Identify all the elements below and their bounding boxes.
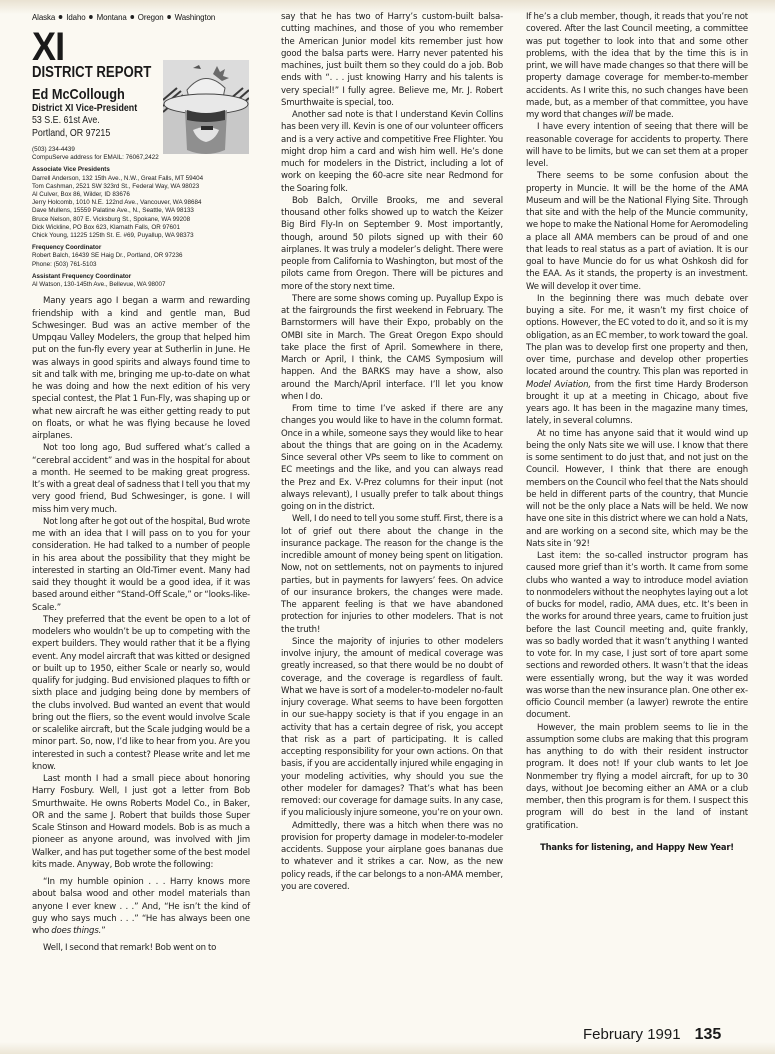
state-idaho: Idaho [66,12,85,22]
paragraph: Well, I second that remark! Bob went on … [32,942,250,954]
state-alaska: Alaska [32,12,55,22]
state-oregon: Oregon [138,12,164,22]
assistant-frequency-coordinator: Assistant Frequency Coordinator Al Watso… [32,273,250,289]
district-states: AlaskaIdahoMontanaOregonWashington [32,12,233,22]
frequency-coordinator: Frequency Coordinator Robert Balch, 1643… [32,244,250,269]
paragraph: Not too long ago, Bud suffered what’s ca… [32,442,250,516]
paragraph: Well, I do need to tell you some stuff. … [281,513,503,636]
page-number: 135 [695,1026,722,1043]
paragraph: Another sad note is that I understand Ke… [281,109,503,195]
page-footer: February 1991135 [583,1026,721,1044]
associate-entry: Dick Wickline, PO Box 623, Klamath Falls… [32,224,239,232]
associate-vps: Associate Vice Presidents Darrell Anders… [32,166,250,240]
associate-entry: Tom Cashman, 2521 SW 323rd St., Federal … [32,183,239,191]
paragraph: There seems to be some confusion about t… [526,170,748,293]
portrait-image [163,60,249,154]
bullet-icon [167,15,171,19]
paragraph: In the beginning there was much debate o… [526,293,748,428]
signoff: Thanks for listening, and Happy New Year… [526,842,748,852]
column-2: say that he has two of Harry’s custom-bu… [281,11,503,893]
associate-entry: Chick Young, 11225 125th St. E. #69, Puy… [32,232,239,240]
district-number: XI [32,30,228,64]
paragraph: Last item: the so-called instructor prog… [526,550,748,722]
paragraph: Many years ago I began a warm and reward… [32,295,250,442]
asst-freq-line: Al Watson, 130-145th Ave., Bellevue, WA … [32,281,239,289]
associate-entry: Al Culver, Box 86, Wilder, ID 83676 [32,191,239,199]
author-portrait-photo [163,60,249,154]
bullet-icon [130,15,134,19]
paragraph: I have every intention of seeing that th… [526,121,748,170]
article-column-2: say that he has two of Harry’s custom-bu… [281,11,503,893]
magazine-page: AlaskaIdahoMontanaOregonWashington XI DI… [0,0,775,1054]
paragraph: say that he has two of Harry’s custom-bu… [281,11,503,109]
quotation: “In my humble opinion . . . Harry knows … [32,876,250,937]
paragraph: Not long after he got out of the hospita… [32,516,250,614]
paragraph: Since the majority of injuries to other … [281,636,503,820]
bullet-icon [89,15,93,19]
paragraph: Admittedly, there was a hitch when there… [281,820,503,894]
freq-line: Phone: (503) 761-5103 [32,261,239,269]
paragraph: At no time has anyone said that it would… [526,428,748,551]
associate-entry: Dave Mullens, 15559 Palatine Ave., N., S… [32,207,239,215]
paragraph: If he’s a club member, though, it reads … [526,11,748,121]
paragraph: Bob Balch, Orville Brooks, me and severa… [281,195,503,293]
state-montana: Montana [97,12,127,22]
paragraph: However, the main problem seems to lie i… [526,722,748,832]
paragraph: From time to time I’ve asked if there ar… [281,403,503,513]
asst-freq-heading: Assistant Frequency Coordinator [32,273,239,281]
associate-entry: Jerry Holcomb, 1010 N.E. 122nd Ave., Van… [32,199,239,207]
associate-heading: Associate Vice Presidents [32,166,239,174]
bullet-icon [59,15,63,19]
associate-entry: Darrell Anderson, 132 15th Ave., N.W., G… [32,175,239,183]
article-column-1: Many years ago I began a warm and reward… [32,295,250,954]
associate-entry: Bruce Nelson, 807 E. Vicksburg St., Spok… [32,216,239,224]
freq-line: Robert Balch, 16439 SE Haig Dr., Portlan… [32,252,239,260]
state-washington: Washington [175,12,216,22]
freq-heading: Frequency Coordinator [32,244,239,252]
paragraph: There are some shows coming up. Puyallup… [281,293,503,403]
email-address: CompuServe address for EMAIL: 76067,2422 [32,154,239,162]
paragraph: They preferred that the event be open to… [32,614,250,773]
article-column-3: If he’s a club member, though, it reads … [526,11,748,832]
column-3: If he’s a club member, though, it reads … [526,11,748,852]
issue-date: February 1991 [583,1026,681,1043]
paragraph: Last month I had a small piece about hon… [32,773,250,871]
